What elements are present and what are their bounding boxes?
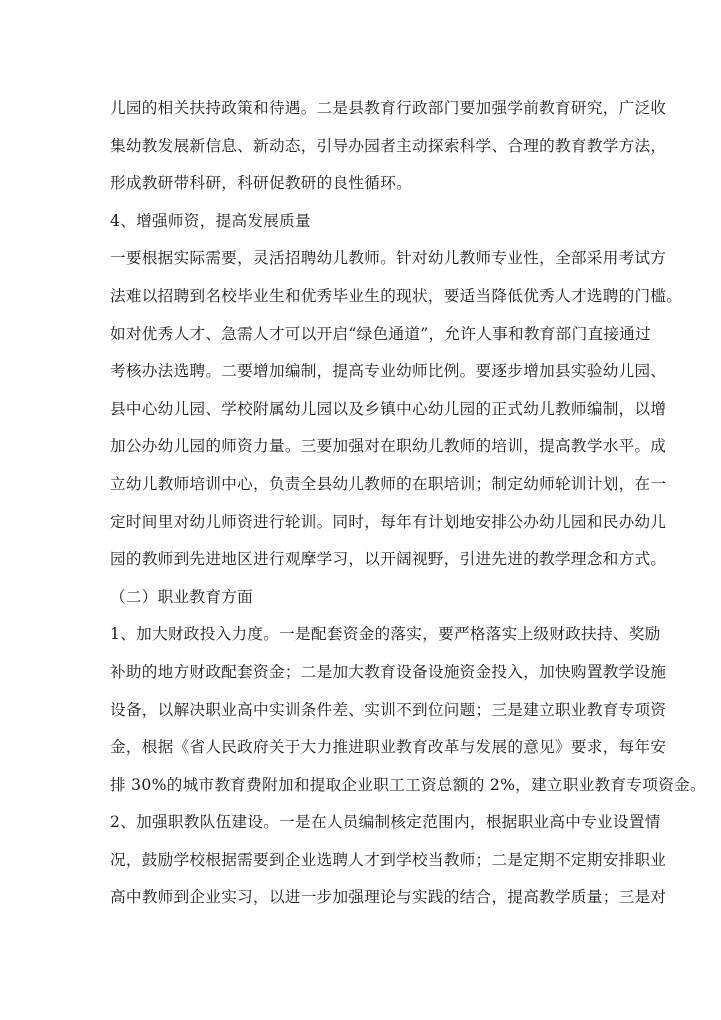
text-line-5: 一要根据实际需要，灵活招聘幼儿教师。针对幼儿教师专业性，全部采用考试方 <box>110 247 614 285</box>
text-line-18: 金，根据《省人民政府关于大力推进职业教育改革与发展的意见》要求，每年安 <box>110 736 614 774</box>
section-heading-4: 4、增强师资，提高发展质量 <box>110 210 614 248</box>
text-line-9: 县中心幼儿园、学校附属幼儿园以及乡镇中心幼儿园的正式幼儿教师编制，以增 <box>110 398 614 436</box>
text-line-11: 立幼儿教师培训中心，负责全县幼儿教师的在职培训；制定幼师轮训计划，在一 <box>110 473 614 511</box>
text-line-1: 儿园的相关扶持政策和待遇。二是县教育行政部门要加强学前教育研究，广泛收 <box>110 97 614 135</box>
text-line-7: 如对优秀人才、急需人才可以开启“绿色通道”，允许人事和教育部门直接通过 <box>110 323 614 361</box>
text-line-6: 法难以招聘到名校毕业生和优秀毕业生的现状，要适当降低优秀人才选聘的门槛。 <box>110 285 614 323</box>
text-line-17: 设备，以解决职业高中实训条件差、实训不到位问题；三是建立职业教育专项资 <box>110 699 614 737</box>
text-line-12: 定时间里对幼儿师资进行轮训。同时，每年有计划地安排公办幼儿园和民办幼儿 <box>110 511 614 549</box>
text-line-3: 形成教研带科研，科研促教研的良性循环。 <box>110 172 614 210</box>
text-line-8: 考核办法选聘。二要增加编制，提高专业幼师比例。要逐步增加县实验幼儿园、 <box>110 360 614 398</box>
text-line-20: 2、加强职教队伍建设。一是在人员编制核定范围内，根据职业高中专业设置情 <box>110 811 614 849</box>
section-heading-vocational: （二）职业教育方面 <box>110 586 614 624</box>
text-line-22: 高中教师到企业实习，以进一步加强理论与实践的结合，提高教学质量；三是对 <box>110 886 614 924</box>
text-line-16: 补助的地方财政配套资金；二是加大教育设备设施资金投入，加快购置教学设施 <box>110 661 614 699</box>
text-line-21: 况，鼓励学校根据需要到企业选聘人才到学校当教师；二是定期不定期安排职业 <box>110 849 614 887</box>
text-line-10: 加公办幼儿园的师资力量。三要加强对在职幼儿教师的培训，提高教学水平。成 <box>110 435 614 473</box>
document-page: 儿园的相关扶持政策和待遇。二是县教育行政部门要加强学前教育研究，广泛收 集幼教发… <box>110 97 614 924</box>
text-line-2: 集幼教发展新信息、新动态，引导办园者主动探索科学、合理的教育教学方法， <box>110 135 614 173</box>
text-line-15: 1、加大财政投入力度。一是配套资金的落实，要严格落实上级财政扶持、奖励 <box>110 623 614 661</box>
text-line-19: 排 30%的城市教育费附加和提取企业职工工资总额的 2%，建立职业教育专项资金。 <box>110 774 614 812</box>
text-line-13: 园的教师到先进地区进行观摩学习，以开阔视野，引进先进的教学理念和方式。 <box>110 548 614 586</box>
